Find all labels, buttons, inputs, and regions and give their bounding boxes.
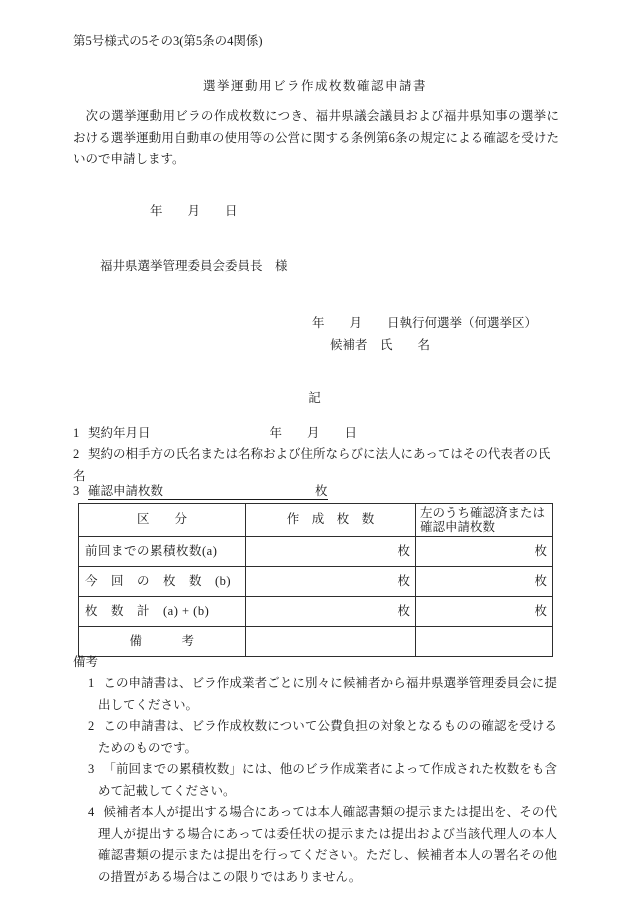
confirmed-count-cell: 枚 xyxy=(416,597,553,627)
table-row-current-count: 今 回 の 枚 数 (b) 枚 枚 xyxy=(79,567,553,597)
item-number: 3 xyxy=(73,481,88,503)
contract-date-item: 1契約年月日年 月 日 xyxy=(73,423,357,445)
note-number: 1 xyxy=(88,676,94,690)
note-number: 4 xyxy=(88,805,94,819)
remarks-cell xyxy=(246,627,416,657)
election-date-line: 年 月 日執行何選挙（何選挙区） xyxy=(312,313,537,335)
table-row-previous-total: 前回までの累積枚数(a) 枚 枚 xyxy=(79,537,553,567)
note-item-2: 2この申請書は、ビラ作成枚数について公費負担の対象となるものの確認を受けるための… xyxy=(88,716,557,759)
note-item-4: 4候補者本人が提出する場合にあっては本人確認書類の提示または提出を、その代理人が… xyxy=(88,802,557,888)
item-label: 確認申請枚数 xyxy=(88,484,163,498)
made-count-cell: 枚 xyxy=(246,597,416,627)
count-unit: 枚 xyxy=(315,484,328,498)
counts-table: 区 分 作 成 枚 数 左のうち確認済または確認申請枚数 前回までの累積枚数(a… xyxy=(78,503,553,657)
application-date-line: 年 月 日 xyxy=(150,201,238,223)
document-title: 選挙運動用ビラ作成枚数確認申請書 xyxy=(0,76,630,98)
row-label: 前回までの累積枚数(a) xyxy=(79,537,246,567)
notes-list: 1この申請書は、ビラ作成業者ごとに別々に候補者から福井県選挙管理委員会に提出して… xyxy=(88,673,557,888)
form-number-label: 第5号様式の5その3(第5条の4関係) xyxy=(73,31,263,53)
requested-count-field: 確認申請枚数枚 xyxy=(88,484,328,500)
made-count-cell: 枚 xyxy=(246,567,416,597)
confirmed-count-cell: 枚 xyxy=(416,567,553,597)
row-label: 今 回 の 枚 数 (b) xyxy=(79,567,246,597)
table-header-row: 区 分 作 成 枚 数 左のうち確認済または確認申請枚数 xyxy=(79,504,553,537)
note-item-3: 3「前回までの累積枚数」には、他のビラ作成業者によって作成された枚数をも含めて記… xyxy=(88,759,557,802)
made-count-cell: 枚 xyxy=(246,537,416,567)
row-label: 枚 数 計 (a) + (b) xyxy=(79,597,246,627)
note-item-1: 1この申請書は、ビラ作成業者ごとに別々に候補者から福井県選挙管理委員会に提出して… xyxy=(88,673,557,716)
remarks-cell xyxy=(416,627,553,657)
record-heading: 記 xyxy=(0,388,630,410)
item-number: 2 xyxy=(73,444,88,466)
header-made-count: 作 成 枚 数 xyxy=(246,504,416,537)
confirmed-count-cell: 枚 xyxy=(416,537,553,567)
item-label: 契約年月日 xyxy=(88,426,151,440)
header-confirmed-count: 左のうち確認済または確認申請枚数 xyxy=(416,504,553,537)
note-number: 2 xyxy=(88,719,94,733)
item-label: 契約の相手方の氏名または名称および住所ならびに法人にあってはその代表者の氏名 xyxy=(73,447,550,483)
header-category: 区 分 xyxy=(79,504,246,537)
notes-label: 備考 xyxy=(73,652,98,674)
table-row-remarks: 備 考 xyxy=(79,627,553,657)
note-number: 3 xyxy=(88,762,94,776)
note-text: この申請書は、ビラ作成業者ごとに別々に候補者から福井県選挙管理委員会に提出してく… xyxy=(98,676,557,712)
table-row-total: 枚 数 計 (a) + (b) 枚 枚 xyxy=(79,597,553,627)
row-label: 備 考 xyxy=(79,627,246,657)
note-text: 「前回までの累積枚数」には、他のビラ作成業者によって作成された枚数をも含めて記載… xyxy=(98,762,557,798)
opening-paragraph: 次の選挙運動用ビラの作成枚数につき、福井県議会議員および福井県知事の選挙における… xyxy=(73,106,559,171)
note-text: 候補者本人が提出する場合にあっては本人確認書類の提示または提出を、その代理人が提… xyxy=(98,805,557,884)
candidate-name-line: 候補者 氏 名 xyxy=(330,335,430,357)
note-text: この申請書は、ビラ作成枚数について公費負担の対象となるものの確認を受けるためのも… xyxy=(98,719,557,755)
addressee-line: 福井県選挙管理委員会委員長 様 xyxy=(100,256,288,278)
contract-date-value: 年 月 日 xyxy=(270,426,358,440)
requested-count-item: 3確認申請枚数枚 xyxy=(73,481,328,503)
item-number: 1 xyxy=(73,423,88,445)
document-page: 第5号様式の5その3(第5条の4関係) 選挙運動用ビラ作成枚数確認申請書 次の選… xyxy=(0,0,630,903)
